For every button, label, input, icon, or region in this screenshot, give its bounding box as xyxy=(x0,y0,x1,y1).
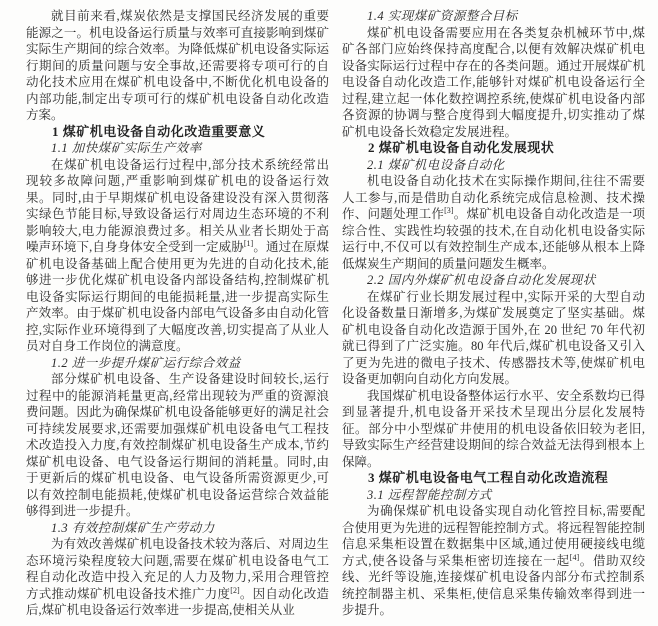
section-2-2-paragraph-1: 在煤矿行业长期发展过程中,实际开采的大型自动化设备数量日渐增多,为煤矿发展奠定了… xyxy=(342,289,645,388)
section-2-1-paragraph: 机电设备自动化技术在实际操作期间,往往不需要人工参与,而是借助自动化系统完成信息… xyxy=(342,173,645,272)
section-1-4-heading: 1.4 实现煤矿资源整合目标 xyxy=(342,8,645,25)
reference-marker: [4] xyxy=(570,552,579,561)
reference-marker: [3] xyxy=(444,206,453,215)
section-3-1-heading: 3.1 远程智能控制方式 xyxy=(342,487,645,504)
section-1-2-paragraph: 部分煤矿机电设备、生产设备建设时间较长,运行过程中的能源消耗量更高,经常出现较为… xyxy=(26,371,329,520)
section-2-heading: 2 煤矿机电设备自动化发展现状 xyxy=(342,140,645,157)
article-column-right: 1.4 实现煤矿资源整合目标煤矿机电设备需要应用在各类复杂机械环节中,煤矿各部门… xyxy=(342,8,645,622)
intro-paragraph: 就目前来看,煤炭依然是支撑国民经济发展的重要能源之一。机电设备运行质量与效率可直… xyxy=(26,8,329,124)
section-1-1-heading: 1.1 加快煤矿实际生产效率 xyxy=(26,140,329,157)
reference-marker: [1] xyxy=(244,239,253,248)
section-2-1-heading: 2.1 煤矿机电设备自动化 xyxy=(342,157,645,174)
section-2-2-heading: 2.2 国内外煤矿机电设备自动化发展现状 xyxy=(342,272,645,289)
section-3-heading: 3 煤矿机电设备电气工程自动化改造流程 xyxy=(342,470,645,487)
section-1-2-heading: 1.2 进一步提升煤矿运行综合效益 xyxy=(26,355,329,372)
article-page: 就目前来看,煤炭依然是支撑国民经济发展的重要能源之一。机电设备运行质量与效率可直… xyxy=(0,0,658,626)
section-2-2-paragraph-2: 我国煤矿机电设备整体运行水平、安全系数均已得到显著提升,机电设备开采技术呈现出分… xyxy=(342,388,645,471)
section-3-1-paragraph: 为确保煤矿机电设备实现自动化管控目标,需要配合使用更为先进的远程智能控制方式。将… xyxy=(342,503,645,619)
section-1-4-paragraph: 煤矿机电设备需要应用在各类复杂机械环节中,煤矿各部门应始终保持高度配合,以便有效… xyxy=(342,25,645,141)
article-column-left: 就目前来看,煤炭依然是支撑国民经济发展的重要能源之一。机电设备运行质量与效率可直… xyxy=(26,8,329,622)
section-1-3-paragraph: 为有效改善煤矿机电设备技术较为落后、对周边生态环境污染程度较大问题,需要在煤矿机… xyxy=(26,536,329,619)
section-1-1-paragraph: 在煤矿机电设备运行过程中,部分技术系统经常出现较多故障问题,严重影响到煤矿机电的… xyxy=(26,157,329,355)
section-1-heading: 1 煤矿机电设备自动化改造重要意义 xyxy=(26,124,329,141)
reference-marker: [2] xyxy=(230,585,239,594)
section-1-3-heading: 1.3 有效控制煤矿生产劳动力 xyxy=(26,520,329,537)
